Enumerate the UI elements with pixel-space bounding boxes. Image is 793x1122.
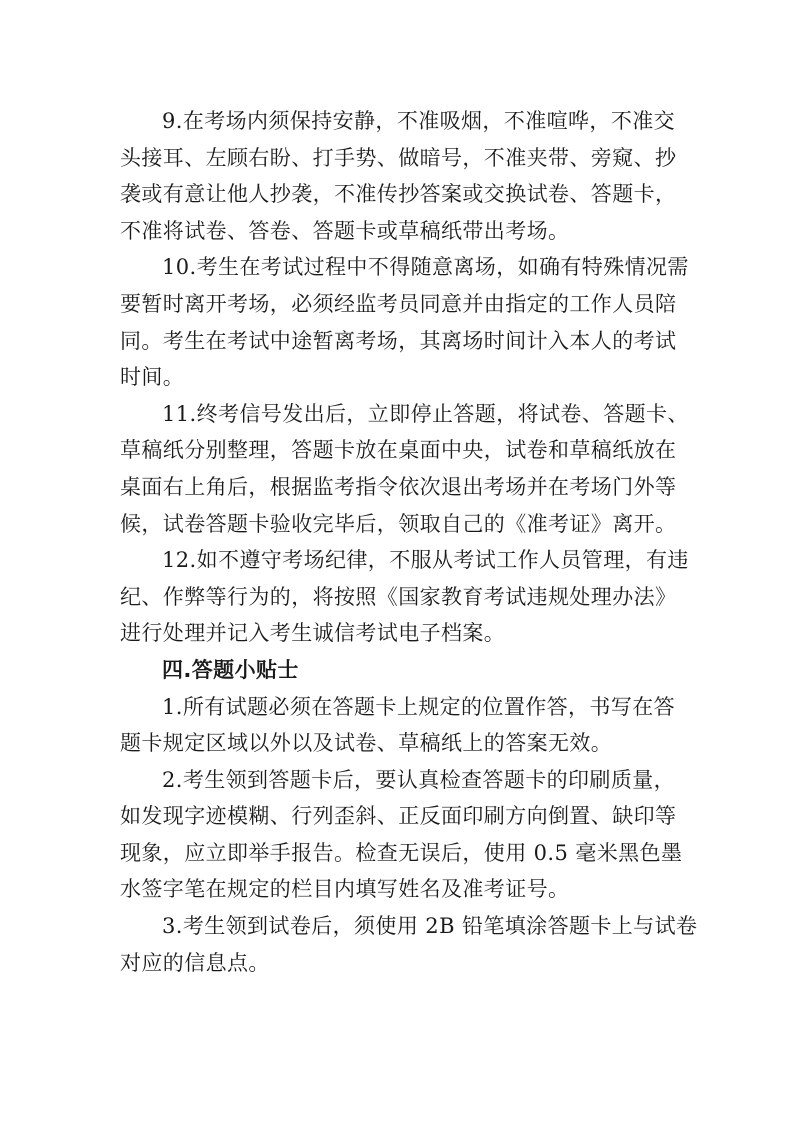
text-line: 对应的信息点。 [120,945,673,982]
text-line: 3.考生领到试卷后，须使用 2B 铅笔填涂答题卡上与试卷 [120,908,673,945]
text-line: 12.如不遵守考场纪律，不服从考试工作人员管理，有违 [120,542,673,579]
text-line: 1.所有试题必须在答题卡上规定的位置作答，书写在答 [120,689,673,726]
tip-3: 3.考生领到试卷后，须使用 2B 铅笔填涂答题卡上与试卷 对应的信息点。 [120,908,673,981]
text-line: 候，试卷答题卡验收完毕后，领取自己的《准考证》离开。 [120,506,673,543]
text-line: 进行处理并记入考生诚信考试电子档案。 [120,615,673,652]
text-line: 如发现字迹模糊、行列歪斜、正反面印刷方向倒置、缺印等 [120,798,673,835]
text-line: 现象，应立即举手报告。检查无误后，使用 0.5 毫米黑色墨 [120,835,673,872]
rule-12: 12.如不遵守考场纪律，不服从考试工作人员管理，有违 纪、作弊等行为的，将按照《… [120,542,673,652]
text-line: 头接耳、左顾右盼、打手势、做暗号，不准夹带、旁窥、抄 [120,140,673,177]
document-page: 9.在考场内须保持安静，不准吸烟，不准喧哗，不准交 头接耳、左顾右盼、打手势、做… [120,103,673,981]
tip-2: 2.考生领到答题卡后，要认真检查答题卡的印刷质量， 如发现字迹模糊、行列歪斜、正… [120,762,673,908]
text-line: 9.在考场内须保持安静，不准吸烟，不准喧哗，不准交 [120,103,673,140]
rule-11: 11.终考信号发出后，立即停止答题，将试卷、答题卡、 草稿纸分别整理，答题卡放在… [120,396,673,542]
text-line: 同。考生在考试中途暂离考场，其离场时间计入本人的考试 [120,323,673,360]
text-line: 11.终考信号发出后，立即停止答题，将试卷、答题卡、 [120,396,673,433]
text-line: 袭或有意让他人抄袭，不准传抄答案或交换试卷、答题卡， [120,176,673,213]
text-line: 要暂时离开考场，必须经监考员同意并由指定的工作人员陪 [120,286,673,323]
text-line: 水签字笔在规定的栏目内填写姓名及准考证号。 [120,871,673,908]
text-line: 题卡规定区域以外以及试卷、草稿纸上的答案无效。 [120,725,673,762]
text-line: 不准将试卷、答卷、答题卡或草稿纸带出考场。 [120,213,673,250]
section-heading: 四.答题小贴士 [120,652,673,689]
section-heading-text: 四.答题小贴士 [162,658,299,682]
rule-10: 10.考生在考试过程中不得随意离场，如确有特殊情况需 要暂时离开考场，必须经监考… [120,249,673,395]
text-line: 10.考生在考试过程中不得随意离场，如确有特殊情况需 [120,249,673,286]
text-line: 时间。 [120,359,673,396]
tip-1: 1.所有试题必须在答题卡上规定的位置作答，书写在答 题卡规定区域以外以及试卷、草… [120,689,673,762]
text-line: 草稿纸分别整理，答题卡放在桌面中央，试卷和草稿纸放在 [120,432,673,469]
text-line: 桌面右上角后，根据监考指令依次退出考场并在考场门外等 [120,469,673,506]
rule-9: 9.在考场内须保持安静，不准吸烟，不准喧哗，不准交 头接耳、左顾右盼、打手势、做… [120,103,673,249]
text-line: 纪、作弊等行为的，将按照《国家教育考试违规处理办法》 [120,579,673,616]
text-line: 2.考生领到答题卡后，要认真检查答题卡的印刷质量， [120,762,673,799]
